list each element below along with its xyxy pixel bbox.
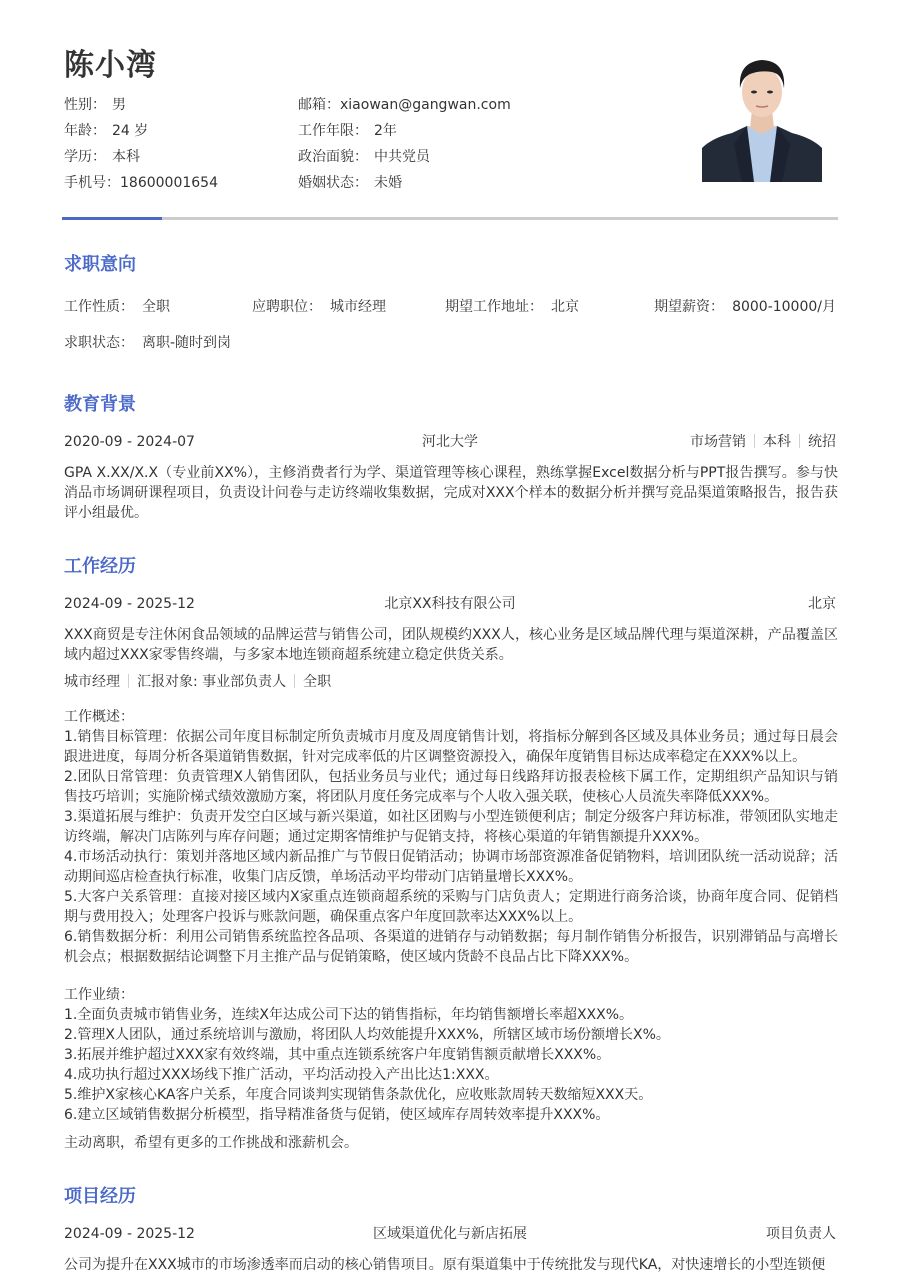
- info-value: 18600001654: [120, 175, 218, 191]
- work-title: 城市经理: [64, 674, 120, 690]
- separator: [294, 674, 295, 688]
- intent-label: 期望薪资：: [654, 299, 724, 315]
- education-tags: 市场营销本科统招: [690, 431, 836, 453]
- info-label: 学历：: [64, 149, 106, 165]
- work-achievement-item: 2.管理X人团队，通过系统培训与激励，将团队人均效能提升XXX%，所辖区域市场份…: [64, 1025, 838, 1045]
- portrait-icon: [702, 48, 822, 182]
- intent-label: 工作性质：: [64, 299, 134, 315]
- info-label: 政治面貌：: [298, 149, 368, 165]
- intent-value: 离职-随时到岗: [142, 335, 231, 351]
- project-description: 公司为提升在XXX城市的市场渗透率而启动的核心销售项目。原有渠道集中于传统批发与…: [64, 1255, 838, 1275]
- info-value: 24 岁: [112, 123, 148, 139]
- work-tags-line: 城市经理汇报对象: 事业部负责人全职: [64, 671, 331, 693]
- project-header-row: 2024-09 - 2025-12 区域渠道优化与新店拓展 项目负责人: [64, 1223, 836, 1245]
- separator: [754, 434, 755, 448]
- work-achievement-item: 4.成功执行超过XXX场线下推广活动，平均活动投入产出比达1:XXX。: [64, 1065, 838, 1085]
- work-overview-item: 5.大客户关系管理：直接对接区域内X家重点连锁商超系统的采购与门店负责人；定期进…: [64, 887, 838, 927]
- work-header-row: 2024-09 - 2025-12 北京XX科技有限公司 北京: [64, 593, 836, 615]
- work-location: 北京: [808, 593, 836, 615]
- work-tags: 城市经理汇报对象: 事业部负责人全职: [64, 671, 836, 693]
- work-achievement-item: 3.拓展并维护超过XXX家有效终端，其中重点连锁系统客户年度销售额贡献增长XXX…: [64, 1045, 838, 1065]
- project-name: 区域渠道优化与新店拓展: [64, 1223, 836, 1245]
- info-label: 性别：: [64, 97, 106, 113]
- section-title-project: 项目经历: [64, 1182, 136, 1208]
- intent-label: 期望工作地址：: [445, 299, 543, 315]
- candidate-name: 陈小湾: [64, 40, 157, 84]
- section-title-job-intent: 求职意向: [64, 250, 136, 276]
- education-major: 市场营销: [690, 434, 746, 450]
- info-label: 手机号：: [64, 175, 120, 191]
- info-phone: 手机号：18600001654: [64, 172, 218, 194]
- work-overview-item: 2.团队日常管理：负责管理X人销售团队，包括业务员与业代；通过每日线路拜访报表检…: [64, 767, 838, 807]
- intent-value: 北京: [551, 299, 579, 315]
- info-value: 本科: [112, 149, 140, 165]
- intent-salary: 期望薪资：8000-10000/月: [654, 296, 836, 318]
- profile-photo: [702, 48, 822, 182]
- work-overview-item: 6.销售数据分析：利用公司销售系统监控各品项、各渠道的进销存与动销数据；每月制作…: [64, 927, 838, 967]
- info-value: 中共党员: [374, 149, 430, 165]
- work-overview-title: 工作概述：: [64, 707, 838, 727]
- work-achievement-item: 5.维护X家核心KA客户关系，年度合同谈判实现销售条款优化，应收账款周转天数缩短…: [64, 1085, 838, 1105]
- work-overview-item: 3.渠道拓展与维护：负责开发空白区域与新兴渠道，如社区团购与小型连锁便利店；制定…: [64, 807, 838, 847]
- intent-position: 应聘职位：城市经理: [252, 296, 386, 318]
- work-overview: 工作概述： 1.销售目标管理：依据公司年度目标制定所负责城市月度及周度销售计划，…: [64, 707, 838, 967]
- info-value[interactable]: xiaowan@gangwan.com: [340, 97, 511, 113]
- info-value: 未婚: [374, 175, 402, 191]
- info-value: 男: [112, 97, 126, 113]
- section-title-work: 工作经历: [64, 552, 136, 578]
- info-political-status: 政治面貌：中共党员: [298, 146, 430, 168]
- info-gender: 性别：男: [64, 94, 126, 116]
- education-description: GPA X.XX/X.X（专业前XX%），主修消费者行为学、渠道管理等核心课程，…: [64, 463, 838, 523]
- work-overview-item: 4.市场活动执行：策划并落地区域内新品推广与节假日促销活动；协调市场部资源准备促…: [64, 847, 838, 887]
- info-label: 婚姻状态：: [298, 175, 368, 191]
- intent-value: 8000-10000/月: [732, 299, 836, 315]
- work-report-to: 汇报对象: 事业部负责人: [137, 674, 286, 690]
- project-role: 项目负责人: [766, 1223, 836, 1245]
- info-age: 年龄：24 岁: [64, 120, 148, 142]
- intent-label: 应聘职位：: [252, 299, 322, 315]
- header-divider: [62, 217, 838, 220]
- info-marital-status: 婚姻状态：未婚: [298, 172, 402, 194]
- intent-value: 全职: [142, 299, 170, 315]
- work-achievement-item: 6.建立区域销售数据分析模型，指导精准备货与促销，使区域库存周转效率提升XXX%…: [64, 1105, 838, 1125]
- info-value: 2年: [374, 123, 397, 139]
- intent-status: 求职状态：离职-随时到岗: [64, 332, 231, 354]
- education-degree: 本科: [763, 434, 791, 450]
- section-title-education: 教育背景: [64, 390, 136, 416]
- work-company: 北京XX科技有限公司: [64, 593, 836, 615]
- work-achievements: 工作业绩： 1.全面负责城市销售业务，连续X年达成公司下达的销售指标，年均销售额…: [64, 985, 838, 1125]
- education-header-row: 2020-09 - 2024-07 河北大学 市场营销本科统招: [64, 431, 836, 453]
- work-leave-reason: 主动离职，希望有更多的工作挑战和涨薪机会。: [64, 1133, 838, 1153]
- work-type: 全职: [303, 674, 331, 690]
- separator: [128, 674, 129, 688]
- resume-page: 陈小湾 性别：男 年龄：24 岁 学历：本科 手机号：18600001654 邮…: [0, 0, 900, 1275]
- work-achievements-title: 工作业绩：: [64, 985, 838, 1005]
- intent-work-type: 工作性质：全职: [64, 296, 170, 318]
- separator: [799, 434, 800, 448]
- divider-accent: [62, 217, 162, 220]
- work-achievement-item: 1.全面负责城市销售业务，连续X年达成公司下达的销售指标，年均销售额增长率超XX…: [64, 1005, 838, 1025]
- info-email: 邮箱：xiaowan@gangwan.com: [298, 94, 511, 116]
- info-work-years: 工作年限：2年: [298, 120, 397, 142]
- education-enrollment: 统招: [808, 434, 836, 450]
- work-company-intro: XXX商贸是专注休闲食品领域的品牌运营与销售公司，团队规模约XXX人，核心业务是…: [64, 625, 838, 665]
- info-education-level: 学历：本科: [64, 146, 140, 168]
- info-label: 邮箱：: [298, 97, 340, 113]
- intent-location: 期望工作地址：北京: [445, 296, 579, 318]
- intent-value: 城市经理: [330, 299, 386, 315]
- info-label: 工作年限：: [298, 123, 368, 139]
- info-label: 年龄：: [64, 123, 106, 139]
- intent-label: 求职状态：: [64, 335, 134, 351]
- work-overview-item: 1.销售目标管理：依据公司年度目标制定所负责城市月度及周度销售计划，将指标分解到…: [64, 727, 838, 767]
